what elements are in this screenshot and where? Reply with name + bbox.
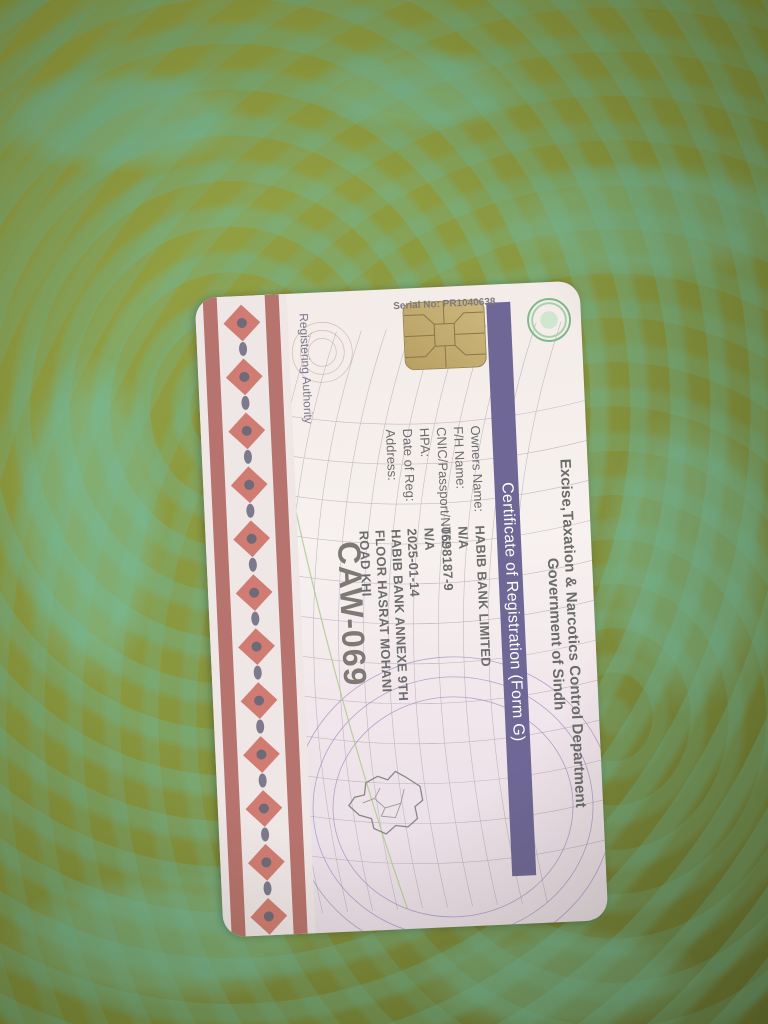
registration-number: CAW-069 xyxy=(330,541,374,688)
field-value: 2025-01-14 xyxy=(403,528,423,597)
field-value: N/A xyxy=(454,526,472,550)
card-face: Excise,Taxation & Narcotics Control Depa… xyxy=(195,281,609,938)
field-label: Address: xyxy=(351,429,403,531)
field-value: N/A xyxy=(420,527,438,551)
sindh-province-map-icon xyxy=(345,766,426,839)
field-value: 0698187-9 xyxy=(437,527,457,592)
registration-card: Excise,Taxation & Narcotics Control Depa… xyxy=(195,281,609,938)
